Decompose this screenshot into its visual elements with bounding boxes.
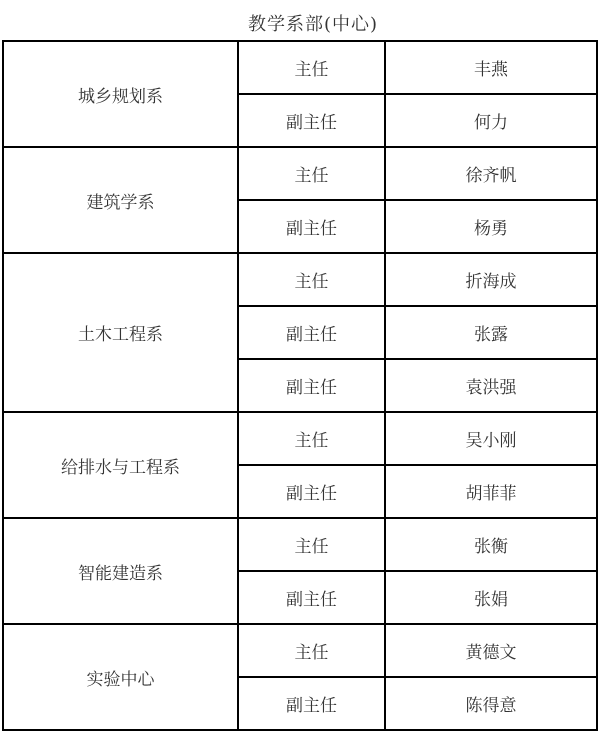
name-cell: 陈得意	[385, 677, 597, 730]
table-row: 智能建造系 主任 张衡	[3, 518, 597, 571]
role-cell: 副主任	[238, 306, 385, 359]
role-cell: 主任	[238, 253, 385, 306]
name-cell: 徐齐帆	[385, 147, 597, 200]
role-cell: 主任	[238, 412, 385, 465]
department-cell: 智能建造系	[3, 518, 238, 624]
role-cell: 主任	[238, 147, 385, 200]
name-cell: 折海成	[385, 253, 597, 306]
name-cell: 丰燕	[385, 41, 597, 94]
role-cell: 主任	[238, 41, 385, 94]
role-cell: 主任	[238, 624, 385, 677]
table-row: 建筑学系 主任 徐齐帆	[3, 147, 597, 200]
table-row: 城乡规划系 主任 丰燕	[3, 41, 597, 94]
document-title: 教学系部(中心)	[0, 13, 600, 37]
department-cell: 土木工程系	[3, 253, 238, 412]
role-cell: 副主任	[238, 200, 385, 253]
name-cell: 张娟	[385, 571, 597, 624]
department-cell: 给排水与工程系	[3, 412, 238, 518]
name-cell: 何力	[385, 94, 597, 147]
role-cell: 副主任	[238, 359, 385, 412]
role-cell: 副主任	[238, 571, 385, 624]
department-cell: 建筑学系	[3, 147, 238, 253]
role-cell: 副主任	[238, 465, 385, 518]
name-cell: 吴小刚	[385, 412, 597, 465]
role-cell: 副主任	[238, 677, 385, 730]
name-cell: 杨勇	[385, 200, 597, 253]
department-leadership-table: 城乡规划系 主任 丰燕 副主任 何力 建筑学系 主任 徐齐帆 副主任 杨勇 土木…	[2, 40, 598, 731]
table-row: 给排水与工程系 主任 吴小刚	[3, 412, 597, 465]
department-cell: 实验中心	[3, 624, 238, 730]
name-cell: 黄德文	[385, 624, 597, 677]
role-cell: 主任	[238, 518, 385, 571]
name-cell: 张露	[385, 306, 597, 359]
department-cell: 城乡规划系	[3, 41, 238, 147]
role-cell: 副主任	[238, 94, 385, 147]
name-cell: 胡菲菲	[385, 465, 597, 518]
table-row: 土木工程系 主任 折海成	[3, 253, 597, 306]
name-cell: 张衡	[385, 518, 597, 571]
table-row: 实验中心 主任 黄德文	[3, 624, 597, 677]
name-cell: 袁洪强	[385, 359, 597, 412]
